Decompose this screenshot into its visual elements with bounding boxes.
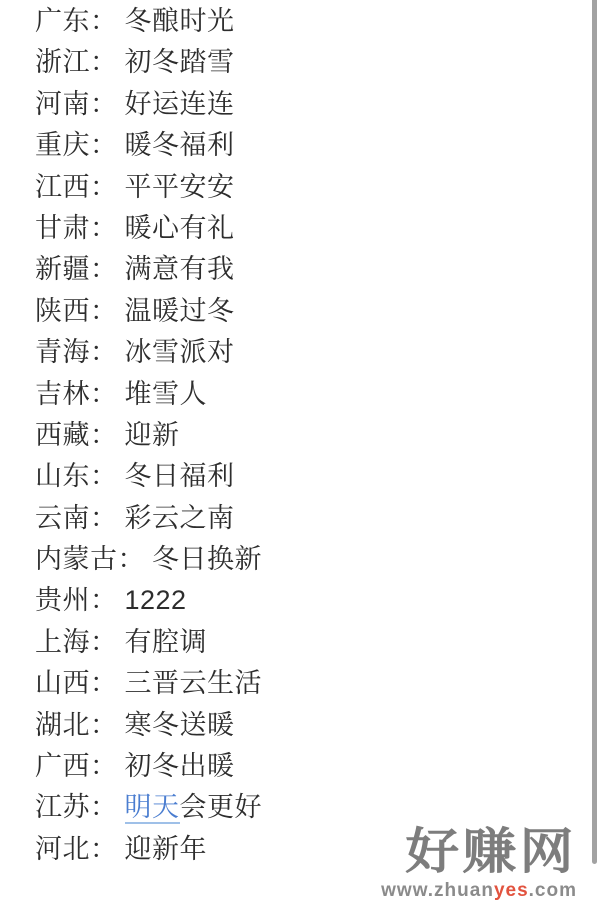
province-label: 山西 [35, 668, 90, 698]
list-item: 上海：有腔调 [35, 622, 601, 663]
watermark-url-suffix: .com [529, 880, 577, 901]
value-text: 平平安安 [125, 172, 235, 202]
colon-separator: ： [90, 834, 118, 864]
colon-separator: ： [90, 47, 118, 77]
list-item: 江苏：明天会更好 [35, 787, 601, 828]
province-label: 贵州 [35, 585, 90, 615]
province-label: 江西 [35, 172, 90, 202]
list-item: 云南：彩云之南 [35, 498, 601, 539]
list-item: 广东：冬酿时光 [35, 1, 601, 42]
province-label: 江苏 [35, 792, 90, 822]
colon-separator: ： [90, 668, 118, 698]
province-label: 甘肃 [35, 213, 90, 243]
value-text: 好运连连 [125, 89, 235, 119]
watermark-logo: 好赚网 [362, 828, 577, 877]
province-label: 浙江 [35, 47, 90, 77]
colon-separator: ： [90, 296, 118, 326]
list-item: 内蒙古：冬日换新 [35, 539, 601, 580]
value-text: 明天会更好 [125, 792, 263, 822]
province-label: 山东 [35, 461, 90, 491]
watermark: 好赚网 www.zhuanyes.com [381, 828, 577, 902]
tomorrow-link[interactable]: 明天 [125, 792, 180, 824]
value-text: 迎新 [125, 420, 180, 450]
value-text: 冬酿时光 [125, 6, 235, 36]
value-text: 温暖过冬 [125, 296, 235, 326]
colon-separator: ： [90, 420, 118, 450]
province-label: 云南 [35, 503, 90, 533]
province-label: 广西 [35, 751, 90, 781]
province-label: 河北 [35, 834, 90, 864]
province-label: 河南 [35, 89, 90, 119]
value-text: 冬日福利 [125, 461, 235, 491]
value-text: 初冬出暖 [125, 751, 235, 781]
value-text: 暖心有礼 [125, 213, 235, 243]
value-text: 冰雪派对 [125, 337, 235, 367]
colon-separator: ： [118, 544, 146, 574]
colon-separator: ： [90, 751, 118, 781]
colon-separator: ： [90, 585, 118, 615]
watermark-url: www.zhuanyes.com [381, 880, 577, 902]
province-label: 西藏 [35, 420, 90, 450]
value-text: 寒冬送暖 [125, 710, 235, 740]
value-text: 堆雪人 [125, 379, 208, 409]
list-item: 广西：初冬出暖 [35, 746, 601, 787]
province-label: 陕西 [35, 296, 90, 326]
list-item: 山西：三晋云生活 [35, 663, 601, 704]
province-label: 重庆 [35, 130, 90, 160]
list-item: 陕西：温暖过冬 [35, 291, 601, 332]
value-text: 迎新年 [125, 834, 208, 864]
colon-separator: ： [90, 172, 118, 202]
value-text: 初冬踏雪 [125, 47, 235, 77]
list-item: 重庆：暖冬福利 [35, 125, 601, 166]
scrollbar-thumb[interactable] [592, 0, 597, 864]
colon-separator: ： [90, 254, 118, 284]
province-label: 吉林 [35, 379, 90, 409]
colon-separator: ： [90, 503, 118, 533]
colon-separator: ： [90, 627, 118, 657]
list-item: 新疆：满意有我 [35, 249, 601, 290]
value-text: 1222 [125, 585, 187, 615]
value-text: 有腔调 [125, 627, 208, 657]
colon-separator: ： [90, 792, 118, 822]
colon-separator: ： [90, 6, 118, 36]
list-item: 贵州：1222 [35, 580, 601, 621]
watermark-url-highlight: yes [494, 880, 529, 901]
list-item: 青海：冰雪派对 [35, 332, 601, 373]
watermark-url-prefix: www.zhuan [381, 880, 494, 901]
list-item: 西藏：迎新 [35, 415, 601, 456]
province-label: 广东 [35, 6, 90, 36]
colon-separator: ： [90, 130, 118, 160]
list-item: 甘肃：暖心有礼 [35, 208, 601, 249]
province-list: 广东：冬酿时光 浙江：初冬踏雪 河南：好运连连 重庆：暖冬福利 江西：平平安安 … [0, 0, 601, 870]
value-text: 满意有我 [125, 254, 235, 284]
colon-separator: ： [90, 461, 118, 491]
colon-separator: ： [90, 337, 118, 367]
province-label: 湖北 [35, 710, 90, 740]
colon-separator: ： [90, 710, 118, 740]
list-item: 山东：冬日福利 [35, 456, 601, 497]
list-item: 浙江：初冬踏雪 [35, 42, 601, 83]
colon-separator: ： [90, 89, 118, 119]
colon-separator: ： [90, 379, 118, 409]
list-item: 吉林：堆雪人 [35, 374, 601, 415]
province-label: 新疆 [35, 254, 90, 284]
colon-separator: ： [90, 213, 118, 243]
province-label: 内蒙古 [35, 544, 118, 574]
list-item: 河南：好运连连 [35, 84, 601, 125]
province-label: 青海 [35, 337, 90, 367]
list-item: 湖北：寒冬送暖 [35, 705, 601, 746]
value-text: 暖冬福利 [125, 130, 235, 160]
value-text: 三晋云生活 [125, 668, 263, 698]
list-item: 江西：平平安安 [35, 167, 601, 208]
value-text: 冬日换新 [152, 544, 262, 574]
province-label: 上海 [35, 627, 90, 657]
value-text: 彩云之南 [125, 503, 235, 533]
